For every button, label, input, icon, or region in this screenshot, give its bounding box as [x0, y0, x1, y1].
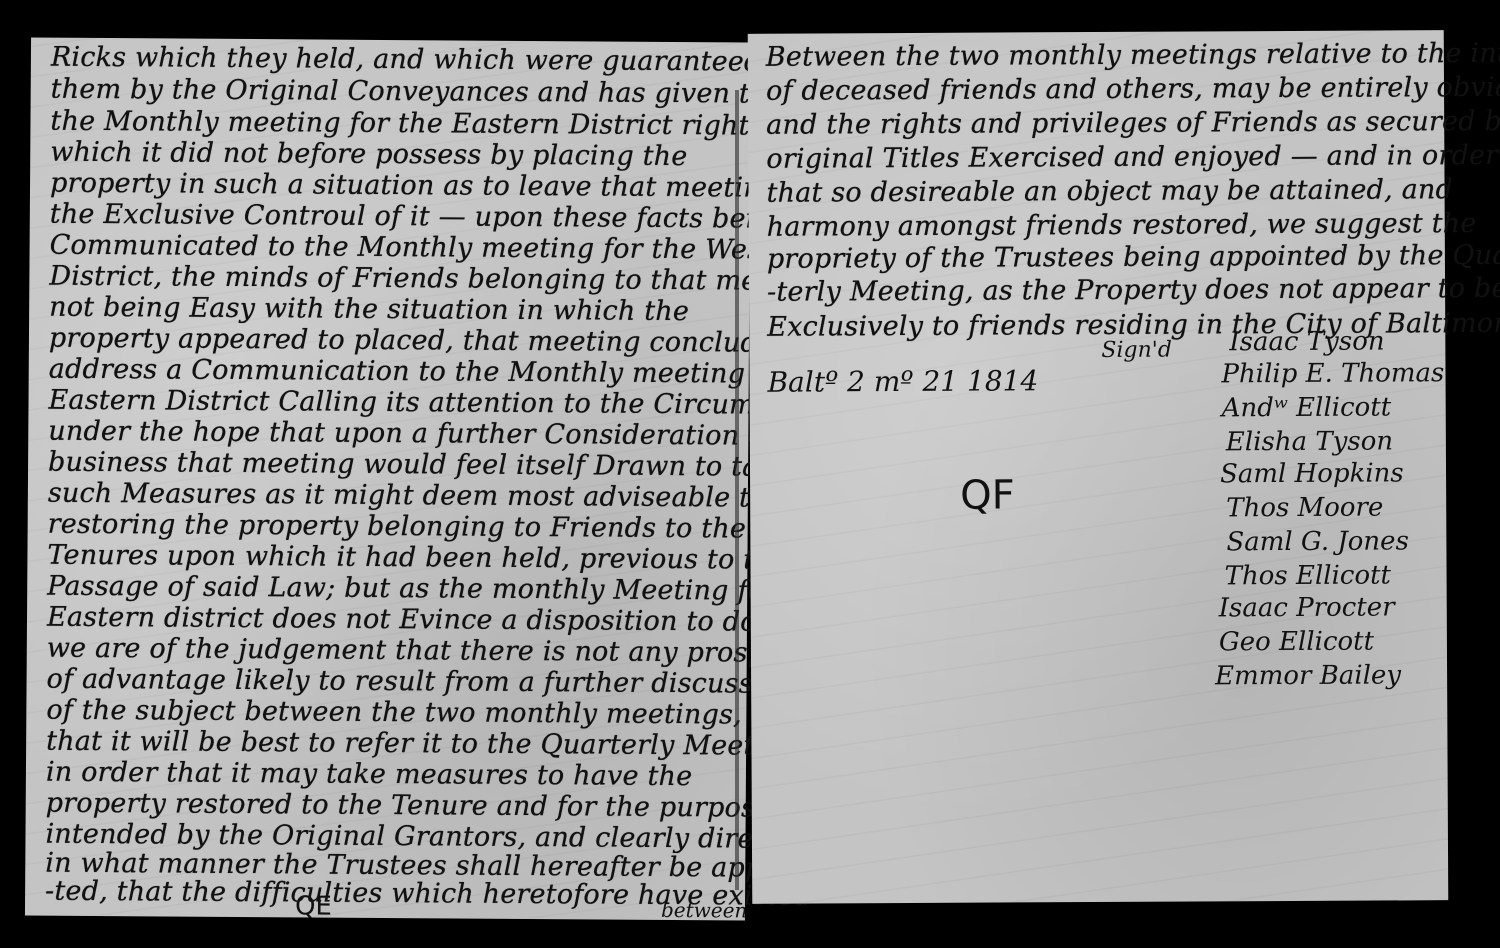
page-fold-divider: [735, 90, 739, 890]
left-manuscript-page: Ricks which they held, and which were gu…: [25, 37, 751, 920]
manuscript-line: harmony amongst friends restored, we sug…: [767, 208, 1477, 243]
manuscript-line: of deceased friends and others, may be e…: [766, 72, 1500, 107]
catchword: between: [661, 898, 748, 923]
manuscript-line: Tenures upon which it had been held, pre…: [47, 540, 788, 576]
signature: Emmor Bailey: [1215, 660, 1401, 691]
manuscript-line: them by the Original Conveyances and has…: [51, 74, 767, 110]
signature: Thos Ellicott: [1224, 560, 1391, 591]
manuscript-line: business that meeting would feel itself …: [48, 447, 791, 483]
manuscript-line: that so desireable an object may be atta…: [766, 174, 1453, 209]
signed-label: Sign'd: [1101, 338, 1172, 363]
manuscript-line: Ricks which they held, and which were gu…: [51, 42, 798, 78]
date-line: Baltº 2 mº 21 1814: [767, 364, 1038, 398]
signature: Geo Ellicott: [1219, 627, 1374, 658]
manuscript-line: the Exclusive Controul of it — upon thes…: [50, 199, 790, 235]
signature: Isaac Procter: [1219, 592, 1395, 623]
manuscript-line: the Monthly meeting for the Eastern Dist…: [50, 106, 763, 142]
manuscript-line: Between the two monthly meetings relativ…: [766, 37, 1500, 72]
page-mark: QF: [960, 472, 1015, 518]
manuscript-line: property restored to the Tenure and for …: [46, 788, 786, 824]
manuscript-line: not being Easy with the situation in whi…: [49, 292, 689, 327]
signature: Saml G. Jones: [1226, 526, 1409, 557]
right-manuscript-page: Between the two monthly meetings relativ…: [748, 30, 1449, 904]
manuscript-line: original Titles Exercised and enjoyed — …: [766, 140, 1498, 175]
manuscript-line: -terly Meeting, as the Property does not…: [767, 273, 1500, 308]
signature: Philip E. Thomas: [1221, 358, 1444, 389]
signature: Saml Hopkins: [1220, 458, 1404, 489]
manuscript-line: property in such a situation as to leave…: [50, 168, 779, 204]
manuscript-line: and the rights and privileges of Friends…: [766, 106, 1500, 141]
page-mark: QE: [295, 891, 332, 921]
signature: Andʷ Ellicott: [1222, 392, 1392, 423]
manuscript-line: which it did not before possess by placi…: [50, 137, 687, 172]
manuscript-line: propriety of the Trustees being appointe…: [767, 240, 1500, 275]
signature: Thos Moore: [1226, 493, 1383, 524]
manuscript-line: in order that it may take measures to ha…: [46, 757, 693, 793]
signature: Isaac Tyson: [1229, 326, 1384, 357]
signature: Elisha Tyson: [1226, 426, 1393, 457]
